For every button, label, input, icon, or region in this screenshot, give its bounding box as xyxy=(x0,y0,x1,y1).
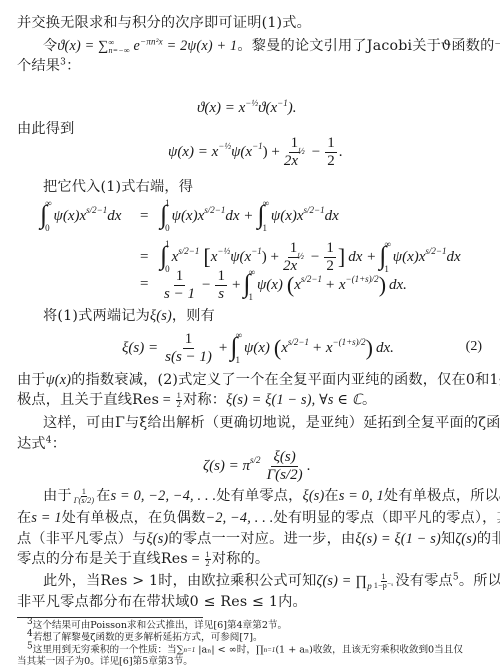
text: 并交换无限求和与积分的次序即可证明(1)式。 xyxy=(17,15,311,31)
math: dx xyxy=(446,248,460,266)
math: + x xyxy=(325,276,346,294)
math: − xyxy=(202,276,210,294)
paragraph-line: 令ϑ(x) = ∑∞n=−∞ e−πn²x = 2ψ(x) + 1。黎曼的论文引… xyxy=(43,37,500,55)
paragraph-line: 此外，当Res > 1时，由欧拉乘积公式可知ζ(s) = ∏p11−p⁻ˢ没有零… xyxy=(43,572,500,590)
math: ζ(s) = ∏ xyxy=(317,573,368,589)
footnote-text: 当其某一因子为0。详见[6]第5章第3节。 xyxy=(17,656,193,666)
math: x xyxy=(211,248,218,266)
equals-sign: = xyxy=(140,275,148,293)
text: 由于 xyxy=(17,372,46,388)
text: 的指数衰减，(2)式定义了一个在全复平面内亚纯的函数，仅在0和1处有单 xyxy=(71,372,500,388)
text: ，则有 xyxy=(172,308,215,324)
numerator: ξ(s) xyxy=(271,449,297,467)
math: s = 0, −2, −4, . . . xyxy=(111,488,217,504)
text: 处有单零点， xyxy=(216,488,302,504)
equation-psi: ψ(x) = x−½ψ(x−1) + 12x½ − 12. xyxy=(168,135,343,169)
math: = xyxy=(188,551,204,567)
integral-sign: ∫ xyxy=(160,206,167,224)
math: n=1 xyxy=(184,646,196,654)
numerator: 1 xyxy=(183,331,195,349)
paragraph-line: 这样，可由Γ与ξ给出解析（更确切地说，是亚纯）延拓到全复平面的ζ函数的表 xyxy=(43,414,500,432)
text: 的零点一一对应。进一步，由 xyxy=(168,531,355,547)
math: n=1 xyxy=(264,646,276,654)
text: 这样，可由Γ与ξ给出解析（更确切地说，是亚纯）延拓到全复平面的ζ函数的表 xyxy=(43,415,500,431)
text: 极点，且关于直线Res xyxy=(17,392,159,408)
integral-sign: ∫ xyxy=(160,247,167,265)
math: dx xyxy=(325,207,339,225)
text: 没有零点 xyxy=(395,573,453,589)
numerator: 1 xyxy=(325,135,337,153)
footnote-3: 3这个结果可由Poisson求和公式推出，详见[6]第4章第2节。 xyxy=(27,620,287,632)
math: ζ(s) = π xyxy=(203,457,250,475)
footnote-text: (1 + aₙ)收敛，且该无穷乘积收敛到0当且仅 xyxy=(275,645,463,656)
fraction: 1Γ(s/2) xyxy=(73,488,95,505)
math: . xyxy=(339,143,343,161)
math: ψ(x) xyxy=(257,276,283,294)
math: = xyxy=(140,249,148,265)
math: ξ(s) = xyxy=(122,339,158,357)
integral-sign: ∫ xyxy=(243,275,250,293)
math: x xyxy=(172,248,179,266)
text: 令 xyxy=(43,38,57,54)
text: 处有明显的零点（即平凡的零点），其余零 xyxy=(273,510,500,526)
equation-zeta: ζ(s) = πs/2 ξ(s)Γ(s/2). xyxy=(203,446,310,486)
paragraph-line: 把它代入(1)式右端，得 xyxy=(43,178,193,196)
math: = xyxy=(140,208,148,224)
fraction: 12 xyxy=(325,135,337,170)
integral-sign: ∫ xyxy=(40,206,47,224)
text: 零点的分布是关于直线Res xyxy=(17,551,188,567)
math: 2x xyxy=(284,153,298,169)
subscript: p xyxy=(367,581,372,591)
paragraph-line: 零点的分布是关于直线Res = 12对称的。 xyxy=(17,550,269,568)
math: ϑ(x) = x xyxy=(197,100,245,116)
math: ϑ(x xyxy=(258,100,277,116)
text: 。所以 xyxy=(459,573,500,589)
text: 。 xyxy=(362,392,376,408)
equation-number: (2) xyxy=(466,339,482,355)
math: = 2ψ(x) + 1 xyxy=(163,38,237,54)
text: 。黎曼的论文引用了Jacobi关于ϑ函数的一 xyxy=(237,38,500,54)
paragraph-line: 个结果3： xyxy=(17,57,81,75)
math: ψ(x)x xyxy=(271,207,304,225)
math: ξ(s) xyxy=(303,488,325,504)
text: 对称的。 xyxy=(212,551,270,567)
text: 在 xyxy=(96,488,110,504)
numerator: 1 xyxy=(174,268,186,286)
integral-sign: ∫ xyxy=(230,338,237,356)
text: 知 xyxy=(441,531,455,547)
text: (2) xyxy=(466,339,482,354)
math: x xyxy=(281,339,288,357)
fraction: 1s(s − 1) xyxy=(163,331,214,366)
math: ϑ(x) = ∑ xyxy=(57,38,108,54)
math: = xyxy=(140,276,148,292)
denominator: 1−p⁻ˢ xyxy=(373,582,394,590)
paragraph-line: 由于1Γ(s/2)在s = 0, −2, −4, . . .处有单零点，ξ(s)… xyxy=(43,487,500,505)
math: + xyxy=(219,339,227,357)
footnote-5-cont: 当其某一因子为0。详见[6]第5章第3节。 xyxy=(17,656,193,666)
math: dx. xyxy=(376,339,394,357)
fraction: 11−p⁻ˢ xyxy=(373,573,394,590)
math: ψ(x) = x xyxy=(168,143,218,161)
integral-sign: ∫ xyxy=(257,206,264,224)
numerator: 1 xyxy=(324,240,336,258)
footnote-text: |aₙ| < ∞时，∏ xyxy=(195,645,263,656)
text: 在 xyxy=(324,488,338,504)
math: ξ(s) xyxy=(147,531,169,547)
math: dx + xyxy=(225,207,253,225)
text: 处有单极点，所以 xyxy=(384,488,499,504)
math: ζ(s) xyxy=(455,531,477,547)
sum-lower: n=−∞ xyxy=(108,47,129,55)
math: − xyxy=(312,143,320,161)
equation-integral-line-1-rhs: ∫10 ψ(x)xs/2−1dx + ∫∞1 ψ(x)xs/2−1dx xyxy=(160,198,339,234)
equals-sign: = xyxy=(140,248,148,266)
text: 个结果 xyxy=(17,58,60,74)
denominator: 2 xyxy=(176,401,182,409)
denominator: s xyxy=(216,286,226,303)
math: ξ(s) = ξ(1 − s) xyxy=(355,531,441,547)
text: ： xyxy=(66,58,80,74)
math: s = 1 xyxy=(31,510,61,526)
equation-integral-line-1: ∫∞0 ψ(x)xs/2−1dx xyxy=(40,198,121,234)
paragraph-line: 极点，且关于直线Res = 12对称：ξ(s) = ξ(1 − s), ∀s ∈… xyxy=(17,391,376,409)
math: ψ(x xyxy=(231,143,252,161)
text: 对称： xyxy=(183,392,226,408)
text: 此外，当Res > 1时，由欧拉乘积公式可知 xyxy=(43,573,317,589)
exponent: −πn²x xyxy=(140,36,163,46)
footnote-text: 这里用到无穷乘积的一个性质：当∑ xyxy=(33,645,184,656)
theta-definition: ϑ(x) = ∑∞n=−∞ e−πn²x = 2ψ(x) + 1 xyxy=(57,38,237,54)
math: − xyxy=(311,248,319,266)
text: 点（非平凡零点）与 xyxy=(17,531,147,547)
math: + x xyxy=(312,339,333,357)
fraction: 1s − 1 xyxy=(162,268,197,303)
paragraph-line: 非平凡零点都分布在带状域0 ≤ Res ≤ 1内。 xyxy=(17,593,307,611)
denominator: 2 xyxy=(205,560,211,568)
math: ) + xyxy=(263,143,280,161)
math: ψ(x)x xyxy=(393,248,426,266)
integral-sign: ∫ xyxy=(379,247,386,265)
math: s = 0, 1 xyxy=(339,488,384,504)
math: dx xyxy=(107,207,121,225)
exponent: ½ xyxy=(298,146,305,156)
math: x xyxy=(294,276,301,294)
footnote-text: 若想了解黎曼ζ函数的更多解析延拓方式，可参阅[7]。 xyxy=(33,632,263,643)
fraction-half: 12 xyxy=(176,392,182,409)
exponent: −1 xyxy=(277,98,288,108)
fraction-half: 12 xyxy=(205,551,211,568)
math: ξ(s) = ξ(1 − s), ∀s ∈ ℂ xyxy=(226,392,362,408)
footnote-4: 4若想了解黎曼ζ函数的更多解析延拓方式，可参阅[7]。 xyxy=(27,632,263,644)
exponent: −½ xyxy=(245,98,258,108)
paragraph-line: 由于ψ(x)的指数衰减，(2)式定义了一个在全复平面内亚纯的函数，仅在0和1处有… xyxy=(17,371,500,389)
math: ψ(x xyxy=(230,248,251,266)
equation-theta: ϑ(x) = x−½ϑ(x−1). xyxy=(197,99,296,117)
math: ). xyxy=(288,100,297,116)
text: 在 xyxy=(17,510,31,526)
math: . xyxy=(307,457,311,475)
fraction: ξ(s)Γ(s/2) xyxy=(265,449,305,484)
bracket-open: [ xyxy=(203,248,210,266)
text: 由此得到 xyxy=(17,121,75,137)
text: 处有单极点，在负偶数 xyxy=(62,510,206,526)
text: 将(1)式两端记为 xyxy=(43,308,150,324)
text: ： xyxy=(52,436,66,452)
text: 把它代入(1)式右端，得 xyxy=(43,179,193,195)
math: ξ(s) xyxy=(150,308,172,324)
fraction: 12x½ xyxy=(282,135,307,170)
math: ψ(x)x xyxy=(54,207,87,225)
math: ψ(x)x xyxy=(172,207,205,225)
sum-limits: ∞n=−∞ xyxy=(108,39,129,55)
paren-close: ) xyxy=(366,339,373,357)
denominator: Γ(s/2) xyxy=(265,467,305,484)
fraction: 1s xyxy=(215,268,227,303)
footnote-rule xyxy=(17,617,203,618)
numerator: 1 xyxy=(215,268,227,286)
math: −2, −4, . . . xyxy=(206,510,274,526)
equals-sign: = xyxy=(140,207,148,225)
bracket-close: ] xyxy=(338,248,345,266)
paragraph-line: 将(1)式两端记为ξ(s)，则有 xyxy=(43,307,215,325)
footnote-text: 这个结果可由Poisson求和公式推出，详见[6]第4章第2节。 xyxy=(33,620,287,631)
exponent: ½ xyxy=(297,251,304,261)
paragraph-line: 达式4： xyxy=(17,435,66,453)
equation-xi: ξ(s) = 1s(s − 1) + ∫∞1 ψ(x) (xs/2−1+ x−(… xyxy=(122,328,394,368)
text: 达式 xyxy=(17,436,46,452)
paragraph-line: 由此得到 xyxy=(17,120,75,138)
text: 非平凡零点都分布在带状域0 ≤ Res ≤ 1内。 xyxy=(17,594,307,610)
math: ψ(x) xyxy=(46,372,71,388)
footnote-5: 5这里用到无穷乘积的一个性质：当∑n=1 |aₙ| < ∞时，∏n=1(1 + … xyxy=(27,644,463,657)
text: 由于 xyxy=(43,488,72,504)
paragraph-line: 点（非平凡零点）与ξ(s)的零点一一对应。进一步，由ξ(s) = ξ(1 − s… xyxy=(17,530,500,548)
denominator: s(s − 1) xyxy=(163,349,214,366)
equation-integral-line-3: 1s − 1 − 1s + ∫∞1 ψ(x) (xs/2−1+ x−(1+s)/… xyxy=(160,266,407,304)
math: + xyxy=(232,276,240,294)
math: ψ(x) xyxy=(244,339,270,357)
paragraph-line: 在s = 1处有单极点，在负偶数−2, −4, . . .处有明显的零点（即平凡… xyxy=(17,509,500,527)
denominator: 2 xyxy=(325,153,337,170)
math: ) + xyxy=(262,248,279,266)
text: 的非平凡 xyxy=(477,531,500,547)
math: = xyxy=(159,392,175,408)
denominator: Γ(s/2) xyxy=(73,497,95,505)
math: dx + xyxy=(348,248,376,266)
math: dx. xyxy=(389,276,407,294)
paren-close: ) xyxy=(379,276,386,294)
paragraph-line: 并交换无限求和与积分的次序即可证明(1)式。 xyxy=(17,14,311,32)
denominator: 2x½ xyxy=(282,153,307,170)
denominator: s − 1 xyxy=(162,286,197,303)
